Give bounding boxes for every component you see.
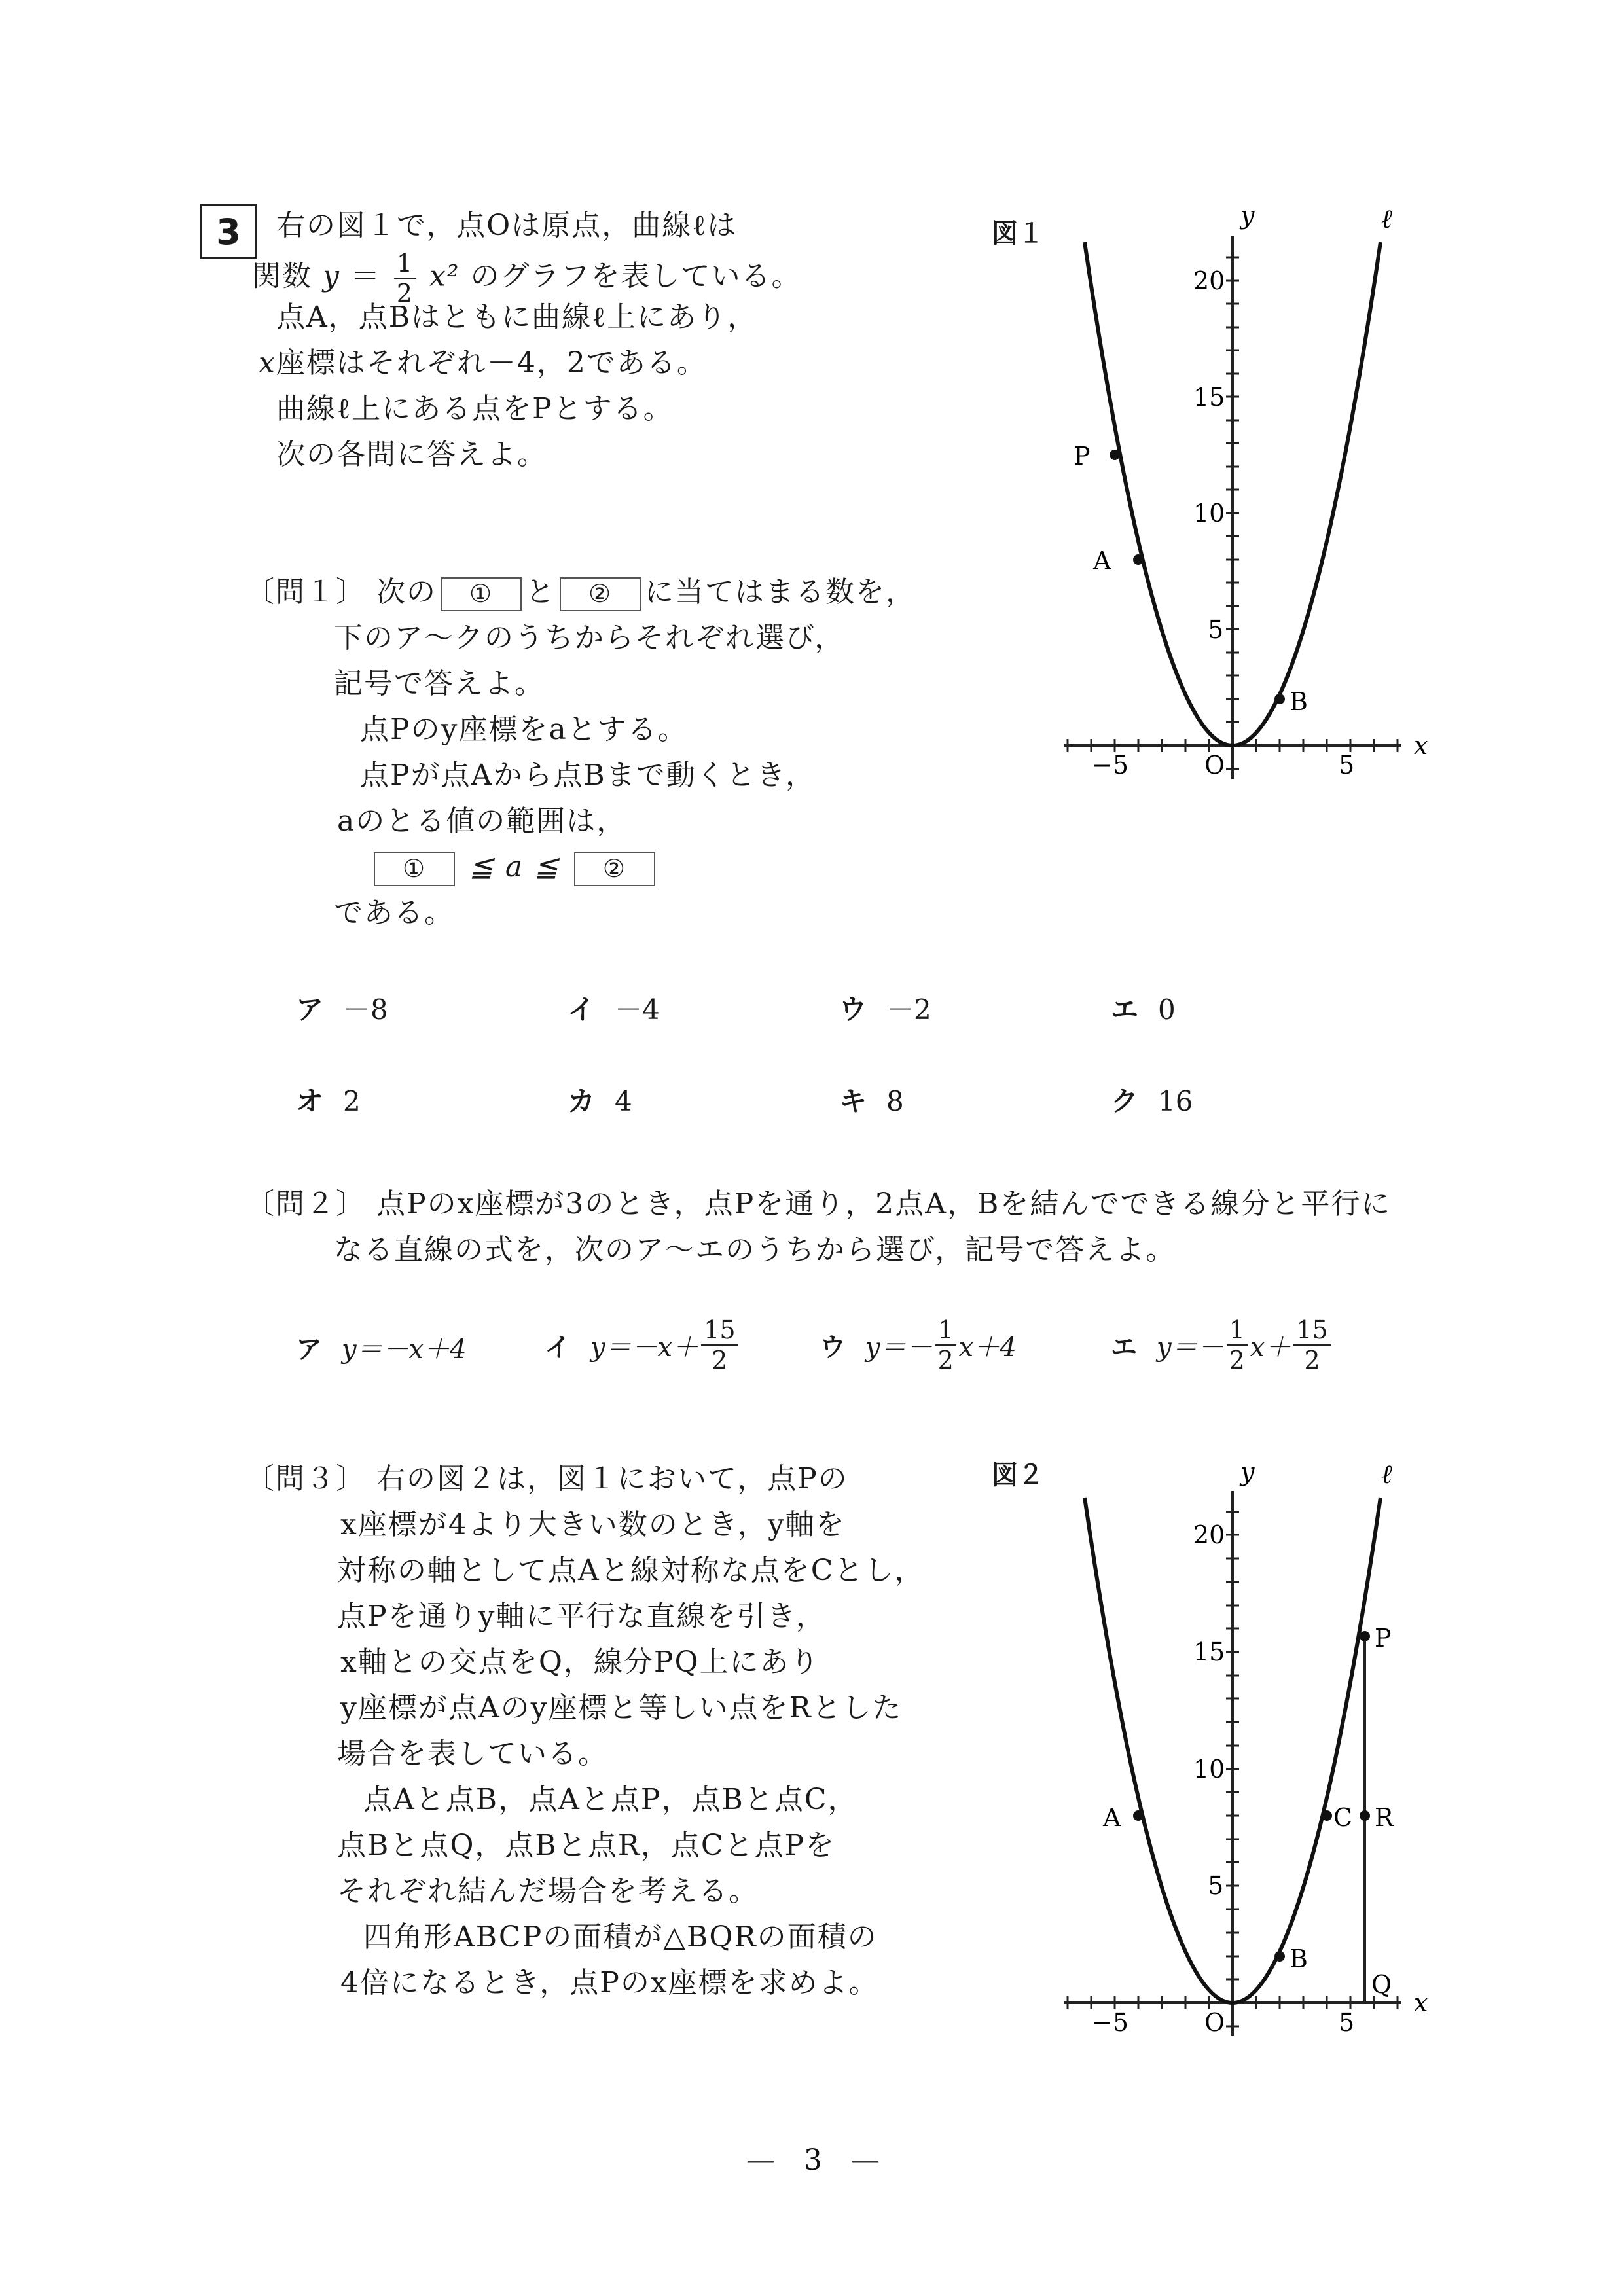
point-a-label: A: [1102, 1803, 1121, 1832]
blank-1-range: ①: [374, 852, 455, 886]
intro-line-1: 右の図１で，点Oは原点，曲線ℓは: [276, 203, 737, 249]
problem-number-box: 3: [200, 204, 257, 259]
point-c: [1322, 1810, 1332, 1821]
intro-line-6: 次の各問に答えよ。: [276, 432, 547, 478]
q2-label: 〔問２〕: [245, 1187, 366, 1221]
dash-left: —: [746, 2144, 775, 2177]
q1-line-1: 〔問１〕 次の①と②に当てはまる数を，: [245, 569, 916, 615]
q2-option-u: ウy＝－ 12 x＋4: [820, 1316, 1017, 1374]
q1-option-i: イ－4: [568, 988, 660, 1028]
q2-option-a: アy＝－x＋4: [296, 1329, 467, 1366]
q3-line-3: 対称の軸として点Aと線対称な点をCとし，: [337, 1548, 924, 1594]
q2-line-2: なる直線の式を，次のア～エのうちから選び，記号で答えよ。: [334, 1227, 1176, 1273]
q1-line-3: 記号で答えよ。: [334, 661, 545, 707]
y-tick-label-10: 10: [1193, 499, 1225, 528]
y-tick-label-20: 20: [1193, 266, 1225, 295]
q3-line-9: 点Bと点Q，点Bと点R，点Cと点Pを: [337, 1823, 835, 1869]
q1-label: 〔問１〕: [245, 575, 366, 609]
curve-label: ℓ: [1381, 1460, 1392, 1490]
point-r-label: R: [1375, 1803, 1394, 1832]
intro-line-2-prefix: 関数: [252, 260, 312, 293]
blank-2: ②: [560, 577, 641, 611]
range-middle: ≦ a ≦: [469, 850, 560, 884]
q3-line-5: x軸との交点をQ，線分PQ上にあり: [340, 1640, 820, 1685]
q1-option-a: ア－8: [296, 988, 388, 1028]
origin-label: O: [1204, 2008, 1225, 2037]
q1-line-6: aのとる値の範囲は，: [337, 798, 626, 844]
page-number-footer: — 3 —: [746, 2144, 880, 2177]
y-tick-label-5: 5: [1208, 1871, 1223, 1900]
q1-line-8: である。: [334, 890, 454, 936]
point-b-label: B: [1290, 687, 1308, 716]
equals: ＝: [351, 260, 381, 293]
q3-text-1: 右の図２は，図１において，点Pの: [376, 1462, 848, 1496]
dash-right: —: [851, 2144, 880, 2177]
q1-option-ki: キ8: [839, 1080, 904, 1119]
q1-option-e: エ0: [1111, 988, 1176, 1028]
q1-line-5: 点Pが点Aから点Bまで動くとき，: [360, 753, 816, 798]
q1-range: ① ≦ a ≦ ②: [370, 844, 659, 890]
y-tick-label-15: 15: [1193, 383, 1225, 412]
point-a: [1133, 1810, 1144, 1821]
q1-text-b: と: [526, 575, 556, 609]
q2-line-1: 〔問２〕 点Pのx座標が3のとき，点Pを通り，2点A，Bを結んでできる線分と平行…: [245, 1181, 1391, 1227]
q1-option-o: オ2: [296, 1080, 361, 1119]
x-tick-label-5: 5: [1339, 751, 1354, 780]
x-tick-label-5: 5: [1339, 2008, 1354, 2037]
q1-text-a: 次の: [376, 575, 437, 609]
q1-text-c: に当てはまる数を，: [645, 575, 916, 609]
blank-1: ①: [441, 577, 522, 611]
intro-line-5: 曲線ℓ上にある点をPとする。: [276, 386, 674, 432]
q1-option-u: ウ－2: [839, 988, 931, 1028]
q1-option-ku: ク16: [1111, 1080, 1193, 1119]
q3-line-8: 点Aと点B，点Aと点P，点Bと点C，: [363, 1777, 858, 1823]
q3-line-6: y座標が点Aのy座標と等しい点をRとした: [340, 1685, 903, 1731]
q1-options: ア－8 イ－4 ウ－2 エ0 オ2 カ4 キ8 ク16: [296, 988, 1474, 1119]
origin-label: O: [1204, 751, 1225, 780]
point-b: [1274, 694, 1285, 704]
q3-line-2: x座標が4より大きい数のとき，y軸を: [340, 1502, 846, 1548]
y-tick-label-10: 10: [1193, 1755, 1225, 1784]
point-p-label: P: [1074, 442, 1091, 471]
q3-line-12: 4倍になるとき，点Pのx座標を求めよ。: [340, 1960, 879, 2006]
q3-label: 〔問３〕: [245, 1462, 366, 1496]
var-x-squared: x²: [429, 260, 460, 293]
point-p-label: P: [1375, 1624, 1392, 1653]
q2-text-1: 点Pのx座標が3のとき，点Pを通り，2点A，Bを結んでできる線分と平行に: [376, 1187, 1391, 1221]
var-y: y: [323, 260, 340, 293]
q1-option-ka: カ4: [568, 1080, 632, 1119]
q2-options: アy＝－x＋4 イy＝－x＋ 152 ウy＝－ 12 x＋4 エy＝－ 12 x…: [296, 1316, 1474, 1394]
q1-line-2: 下のア～クのうちからそれぞれ選び，: [334, 615, 844, 661]
q1-line-4: 点Pのy座標をaとする。: [360, 707, 688, 753]
x-tick-label-neg5: −5: [1092, 751, 1128, 780]
point-b-label: B: [1290, 1945, 1308, 1973]
figure-2-graph: y x ℓ O −5 5 5 10 15 20 A B C P R Q: [982, 1440, 1479, 2055]
q3-line-1: 〔問３〕 右の図２は，図１において，点Pの: [245, 1456, 848, 1502]
x-tick-label-neg5: −5: [1092, 2008, 1128, 2037]
page-number: 3: [804, 2144, 822, 2177]
x-axis-label: x: [1414, 1988, 1428, 2017]
q2-option-i: イy＝－x＋ 152: [545, 1316, 741, 1374]
frac-numerator: 1: [394, 249, 416, 279]
q3-line-4: 点Pを通りy軸に平行な直線を引き，: [337, 1594, 826, 1640]
intro-line-3: 点A，点Bはともに曲線ℓ上にあり，: [276, 295, 757, 340]
point-r: [1360, 1810, 1370, 1821]
blank-2-range: ②: [574, 852, 655, 886]
y-tick-label-5: 5: [1208, 615, 1223, 644]
intro-line-4: x座標はそれぞれ－4，2である。: [259, 340, 707, 386]
y-tick-label-20: 20: [1193, 1520, 1225, 1549]
figure-1-graph: y x ℓ O −5 5 5 10 15 20 P A B: [982, 196, 1479, 805]
curve-label: ℓ: [1381, 204, 1392, 234]
intro-line-4-text: 座標はそれぞれ－4，2である。: [276, 346, 707, 380]
var-x: x: [259, 346, 276, 380]
point-p: [1110, 450, 1120, 460]
y-axis-label: y: [1239, 1458, 1255, 1486]
point-q-label: Q: [1371, 1970, 1392, 1999]
intro-line-2-suffix: のグラフを表している。: [471, 260, 802, 293]
point-a: [1133, 554, 1144, 565]
point-c-label: C: [1333, 1803, 1352, 1832]
y-axis-label: y: [1239, 201, 1255, 230]
y-tick-label-15: 15: [1193, 1638, 1225, 1666]
problem-number: 3: [216, 211, 241, 253]
x-axis-label: x: [1414, 731, 1428, 760]
q3-line-11: 四角形ABCPの面積が△BQRの面積の: [363, 1914, 878, 1960]
point-p: [1360, 1631, 1370, 1641]
q2-option-e: エy＝－ 12 x＋ 152: [1111, 1316, 1333, 1374]
q3-line-7: 場合を表している。: [337, 1731, 608, 1777]
point-a-label: A: [1092, 547, 1111, 575]
q3-line-10: それぞれ結んだ場合を考える。: [337, 1869, 759, 1914]
point-b: [1274, 1951, 1285, 1962]
